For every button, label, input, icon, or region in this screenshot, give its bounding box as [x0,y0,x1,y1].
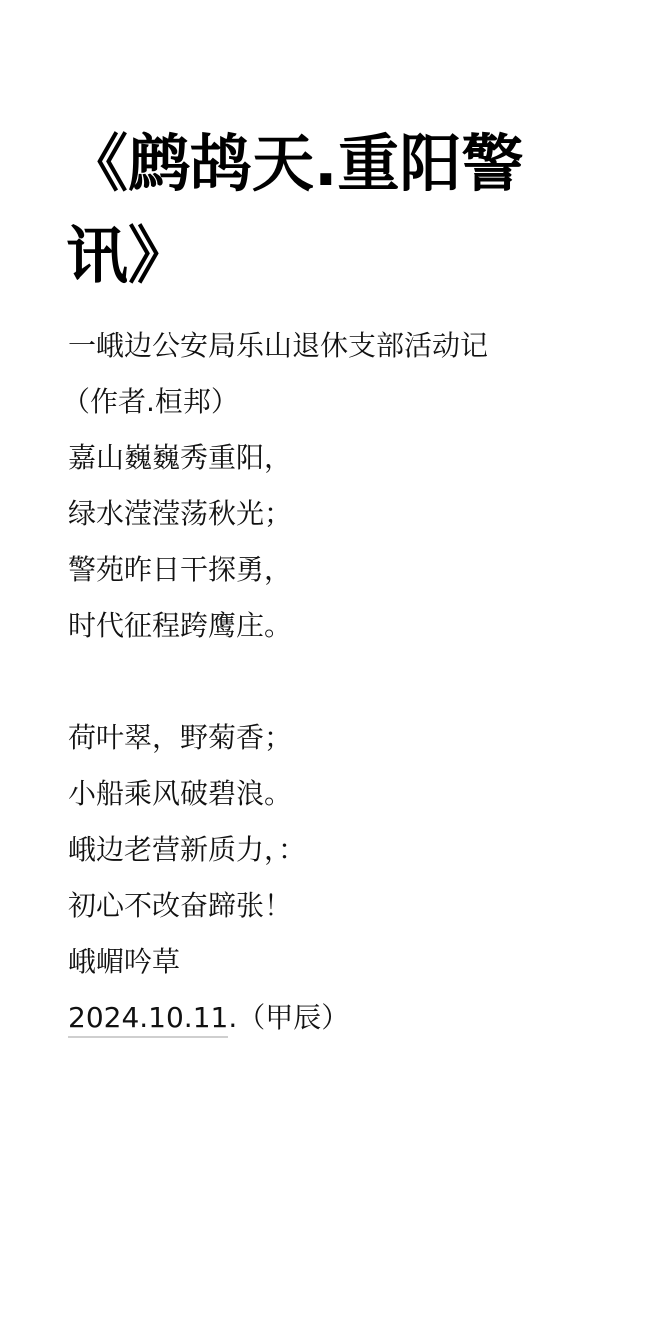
poem-line: 嘉山巍巍秀重阳， [68,430,628,486]
stanza-divider [68,654,628,710]
poem-title: 《鹧鸪天.重阳警讯》 [66,118,556,302]
poem-body: 一峨边公安局乐山退休支部活动记 （作者.桓邦） 嘉山巍巍秀重阳， 绿水滢滢荡秋光… [68,318,628,1046]
date-line: 2024.10.11.（甲辰） [68,990,628,1046]
signature: 峨嵋吟草 [68,934,628,990]
poem-line: 绿水滢滢荡秋光； [68,486,628,542]
poem-line: 警苑昨日干探勇， [68,542,628,598]
date-suffix: .（甲辰） [228,1001,349,1034]
document-page: 《鹧鸪天.重阳警讯》 一峨边公安局乐山退休支部活动记 （作者.桓邦） 嘉山巍巍秀… [0,0,650,1344]
stanza-2: 荷叶翠，野菊香； 小船乘风破碧浪。 峨边老营新质力，： 初心不改奋蹄张！ [68,710,628,934]
date-link[interactable]: 2024.10.11 [68,1001,228,1038]
poem-line: 峨边老营新质力，： [68,822,628,878]
author-line: （作者.桓邦） [62,374,628,430]
poem-line: 荷叶翠，野菊香； [68,710,628,766]
poem-line: 小船乘风破碧浪。 [68,766,628,822]
stanza-1: 嘉山巍巍秀重阳， 绿水滢滢荡秋光； 警苑昨日干探勇， 时代征程跨鹰庄。 [68,430,628,654]
poem-line: 初心不改奋蹄张！ [68,878,628,934]
poem-line: 时代征程跨鹰庄。 [68,598,628,654]
subtitle: 一峨边公安局乐山退休支部活动记 [68,318,628,374]
